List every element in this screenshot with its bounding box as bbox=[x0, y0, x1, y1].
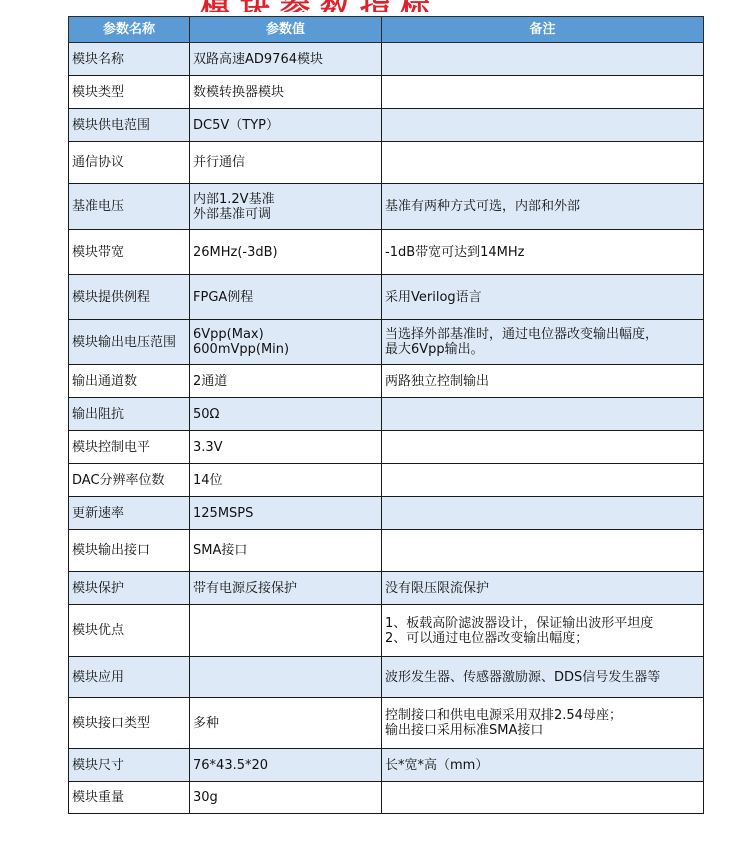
cell-value: 14位 bbox=[190, 464, 382, 497]
table-row: 模块优点1、板载高阶滤波器设计，保证输出波形平坦度 2、可以通过电位器改变输出幅… bbox=[69, 605, 704, 657]
cell-value: 76*43.5*20 bbox=[190, 749, 382, 782]
cell-name: 更新速率 bbox=[69, 497, 190, 530]
cell-note: 1、板载高阶滤波器设计，保证输出波形平坦度 2、可以通过电位器改变输出幅度； bbox=[382, 605, 704, 657]
cell-value: SMA接口 bbox=[190, 530, 382, 572]
table-row: 模块应用波形发生器、传感器激励源、DDS信号发生器等 bbox=[69, 657, 704, 698]
cell-name: 模块提供例程 bbox=[69, 275, 190, 320]
cell-name: 模块应用 bbox=[69, 657, 190, 698]
cell-note bbox=[382, 142, 704, 184]
cell-name: 模块带宽 bbox=[69, 230, 190, 275]
cell-name: 输出通道数 bbox=[69, 365, 190, 398]
cell-value: 30g bbox=[190, 782, 382, 814]
table-row: 模块带宽26MHz(-3dB)-1dB带宽可达到14MHz bbox=[69, 230, 704, 275]
cell-name: 模块名称 bbox=[69, 43, 190, 76]
cell-note: -1dB带宽可达到14MHz bbox=[382, 230, 704, 275]
table-row: 模块名称双路高速AD9764模块 bbox=[69, 43, 704, 76]
banner-title: 模块参数指标 bbox=[200, 0, 520, 12]
cell-name: 模块重量 bbox=[69, 782, 190, 814]
cell-value: 6Vpp(Max) 600mVpp(Min) bbox=[190, 320, 382, 365]
cell-name: DAC分辨率位数 bbox=[69, 464, 190, 497]
cell-note bbox=[382, 530, 704, 572]
cell-name: 模块接口类型 bbox=[69, 698, 190, 749]
cell-value: 内部1.2V基准 外部基准可调 bbox=[190, 184, 382, 230]
cell-note: 波形发生器、传感器激励源、DDS信号发生器等 bbox=[382, 657, 704, 698]
cell-note: 采用Verilog语言 bbox=[382, 275, 704, 320]
cell-note: 当选择外部基准时，通过电位器改变输出幅度， 最大6Vpp输出。 bbox=[382, 320, 704, 365]
cell-name: 输出阻抗 bbox=[69, 398, 190, 431]
table-row: 模块接口类型多种控制接口和供电电源采用双排2.54母座； 输出接口采用标准SMA… bbox=[69, 698, 704, 749]
cell-note bbox=[382, 431, 704, 464]
cell-value: FPGA例程 bbox=[190, 275, 382, 320]
parameter-table: 参数名称 参数值 备注 模块名称双路高速AD9764模块模块类型数模转换器模块模… bbox=[68, 16, 704, 814]
cell-name: 基准电压 bbox=[69, 184, 190, 230]
cell-value: DC5V（TYP） bbox=[190, 109, 382, 142]
cell-name: 模块供电范围 bbox=[69, 109, 190, 142]
cell-name: 模块控制电平 bbox=[69, 431, 190, 464]
table-row: 模块尺寸76*43.5*20长*宽*高（mm） bbox=[69, 749, 704, 782]
cell-value bbox=[190, 657, 382, 698]
table-row: 通信协议并行通信 bbox=[69, 142, 704, 184]
cell-note bbox=[382, 43, 704, 76]
cell-note bbox=[382, 398, 704, 431]
table-row: 输出阻抗50Ω bbox=[69, 398, 704, 431]
cell-value: 2通道 bbox=[190, 365, 382, 398]
header-note: 备注 bbox=[382, 17, 704, 43]
table-row: 输出通道数2通道两路独立控制输出 bbox=[69, 365, 704, 398]
cell-value: 26MHz(-3dB) bbox=[190, 230, 382, 275]
cell-note: 长*宽*高（mm） bbox=[382, 749, 704, 782]
table-header-row: 参数名称 参数值 备注 bbox=[69, 17, 704, 43]
cell-note bbox=[382, 782, 704, 814]
cell-name: 模块输出接口 bbox=[69, 530, 190, 572]
cell-note: 没有限压限流保护 bbox=[382, 572, 704, 605]
header-param-value: 参数值 bbox=[190, 17, 382, 43]
header-param-name: 参数名称 bbox=[69, 17, 190, 43]
table-row: 模块输出电压范围6Vpp(Max) 600mVpp(Min)当选择外部基准时，通… bbox=[69, 320, 704, 365]
cell-name: 模块输出电压范围 bbox=[69, 320, 190, 365]
cell-name: 模块类型 bbox=[69, 76, 190, 109]
table-row: DAC分辨率位数14位 bbox=[69, 464, 704, 497]
table-row: 模块重量30g bbox=[69, 782, 704, 814]
cell-value: 带有电源反接保护 bbox=[190, 572, 382, 605]
table-row: 模块输出接口SMA接口 bbox=[69, 530, 704, 572]
cell-value: 3.3V bbox=[190, 431, 382, 464]
table-row: 基准电压内部1.2V基准 外部基准可调基准有两种方式可选，内部和外部 bbox=[69, 184, 704, 230]
cell-note bbox=[382, 497, 704, 530]
cell-value: 数模转换器模块 bbox=[190, 76, 382, 109]
cell-value: 多种 bbox=[190, 698, 382, 749]
cell-note bbox=[382, 76, 704, 109]
cell-note bbox=[382, 464, 704, 497]
table-row: 更新速率125MSPS bbox=[69, 497, 704, 530]
cell-value: 并行通信 bbox=[190, 142, 382, 184]
cell-name: 模块尺寸 bbox=[69, 749, 190, 782]
cell-note: 基准有两种方式可选，内部和外部 bbox=[382, 184, 704, 230]
cell-name: 通信协议 bbox=[69, 142, 190, 184]
cell-note bbox=[382, 109, 704, 142]
cell-value bbox=[190, 605, 382, 657]
cell-name: 模块保护 bbox=[69, 572, 190, 605]
cell-value: 双路高速AD9764模块 bbox=[190, 43, 382, 76]
table-row: 模块类型数模转换器模块 bbox=[69, 76, 704, 109]
cell-name: 模块优点 bbox=[69, 605, 190, 657]
table-row: 模块保护带有电源反接保护 没有限压限流保护 bbox=[69, 572, 704, 605]
table-row: 模块供电范围DC5V（TYP） bbox=[69, 109, 704, 142]
cell-note: 两路独立控制输出 bbox=[382, 365, 704, 398]
table-row: 模块提供例程FPGA例程采用Verilog语言 bbox=[69, 275, 704, 320]
cell-note: 控制接口和供电电源采用双排2.54母座； 输出接口采用标准SMA接口 bbox=[382, 698, 704, 749]
cell-value: 50Ω bbox=[190, 398, 382, 431]
table-row: 模块控制电平3.3V bbox=[69, 431, 704, 464]
cell-value: 125MSPS bbox=[190, 497, 382, 530]
